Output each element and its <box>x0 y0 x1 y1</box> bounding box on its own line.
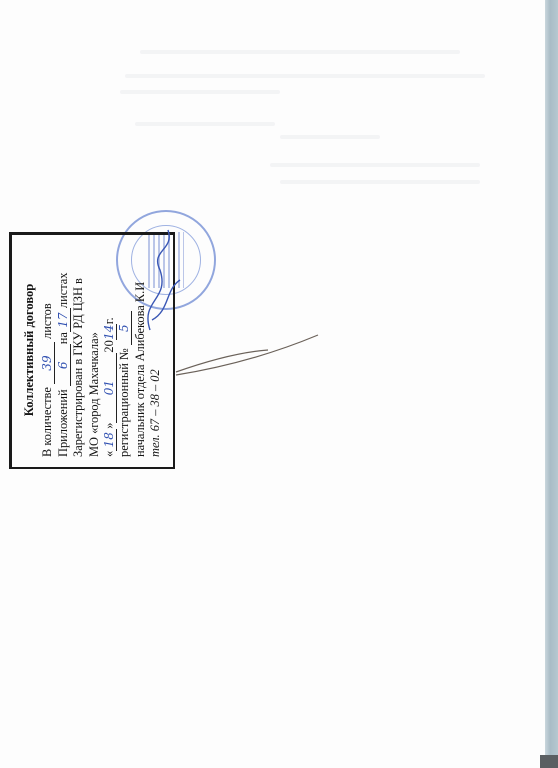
ink-marks <box>0 0 546 768</box>
scanner-corner <box>540 755 558 768</box>
signature-icon <box>148 230 180 330</box>
scanner-edge <box>545 0 558 768</box>
pen-stroke-icon <box>176 335 318 375</box>
document-page: Коллективный договор В количестве 39 лис… <box>0 0 546 768</box>
